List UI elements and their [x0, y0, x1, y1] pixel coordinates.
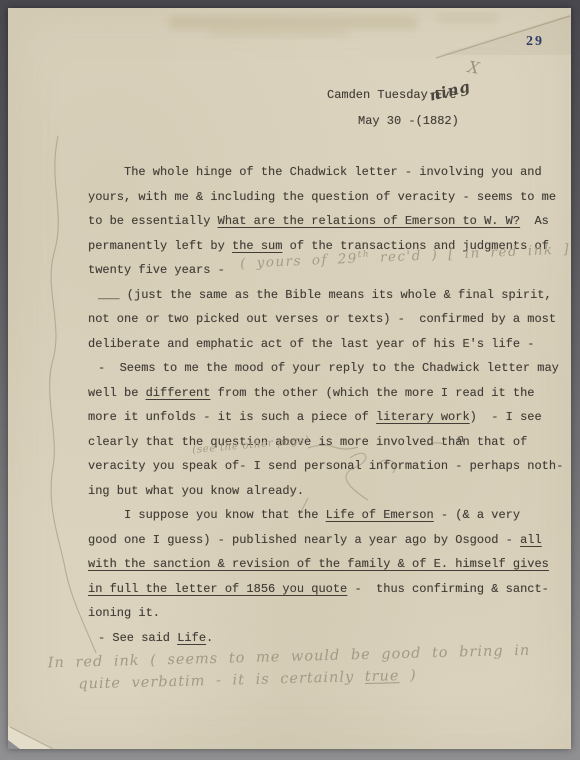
scan-background: 29 X Camden Tuesday Eve ning May 30 -(18…	[0, 0, 580, 760]
text-line: I suppose you know that the Life of Emer…	[88, 503, 566, 528]
text-line: in full the letter of 1856 you quote - t…	[88, 577, 566, 602]
text-line: not one or two picked out verses or text…	[88, 307, 566, 332]
text-line: to be essentially What are the relations…	[88, 209, 566, 234]
text-line: veracity you speak of- I send personal i…	[88, 454, 566, 479]
text-line: ___ (just the same as the Bible means it…	[88, 283, 566, 308]
text-line: with the sanction & revision of the fami…	[88, 552, 566, 577]
text-line: yours, with me & including the question …	[88, 185, 566, 210]
dog-ear-fold	[8, 726, 54, 749]
text-line: - Seems to me the mood of your reply to …	[88, 356, 566, 381]
text-line: ing but what you know already.	[88, 479, 566, 504]
text-line: good one I guess) - published nearly a y…	[88, 528, 566, 553]
text-line: more it unfolds - it is such a piece of …	[88, 405, 566, 430]
text-line: well be different from the other (which …	[88, 381, 566, 406]
typed-letter-body: The whole hinge of the Chadwick letter -…	[88, 160, 566, 650]
text-line: ioning it.	[88, 601, 566, 626]
text-line: deliberate and emphatic act of the last …	[88, 332, 566, 357]
text-line: The whole hinge of the Chadwick letter -…	[88, 160, 566, 185]
letter-page: 29 X Camden Tuesday Eve ning May 30 -(18…	[8, 8, 571, 749]
page-number: 29	[515, 34, 555, 50]
ink-bleed-through	[168, 14, 498, 37]
text-line: clearly that the question above is more …	[88, 430, 566, 455]
pencil-x-mark: X	[466, 57, 481, 78]
margin-note-superscript: th	[357, 250, 370, 261]
dateline-date: May 30 -(1882)	[358, 114, 459, 128]
